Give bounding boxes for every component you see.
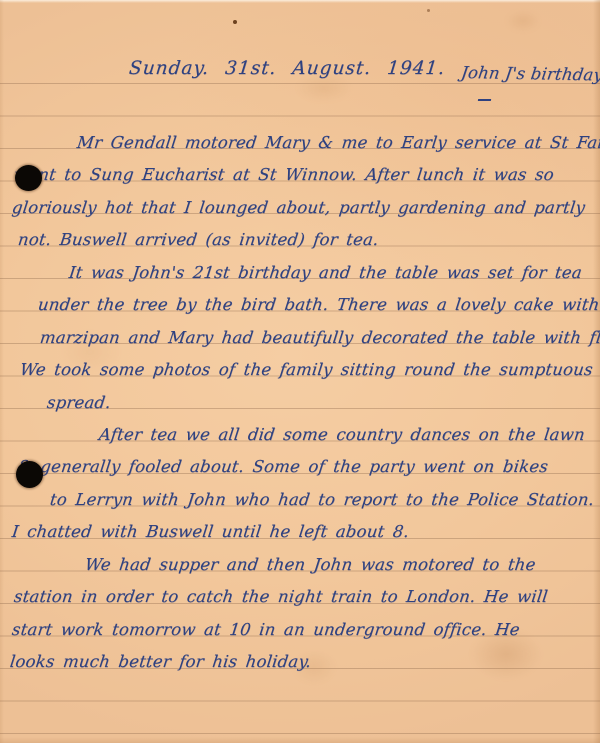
line-text: I chatted with Buswell until he left abo… — [10, 516, 411, 548]
line-text: under the tree by the bird bath. There w… — [36, 289, 600, 321]
handwritten-line: & generally fooled about. Some of the pa… — [0, 451, 600, 483]
line-text: not. Buswell arrived (as invited) for te… — [16, 224, 381, 256]
line-text: We took some photos of the family sittin… — [18, 354, 595, 386]
handwritten-line: under the tree by the bird bath. There w… — [0, 289, 600, 321]
paper-stain — [506, 10, 540, 32]
diary-page: Sunday. 31st. August. 1941. John J's bir… — [0, 0, 600, 743]
handwritten-line: We took some photos of the family sittin… — [0, 354, 600, 386]
line-text: It was John's 21st birthday and the tabl… — [67, 257, 584, 289]
line-text: went to Sung Eucharist at St Winnow. Aft… — [12, 159, 556, 191]
handwritten-line: station in order to catch the night trai… — [0, 581, 600, 613]
handwritten-line: spread. — [0, 387, 600, 419]
ink-speck — [427, 9, 430, 12]
handwritten-line: marzipan and Mary had beautifully decora… — [0, 322, 600, 354]
line-text: We had supper and then John was motored … — [83, 549, 538, 581]
handwritten-line: After tea we all did some country dances… — [0, 419, 600, 451]
line-text: station in order to catch the night trai… — [12, 581, 550, 613]
line-text: marzipan and Mary had beautifully decora… — [38, 322, 600, 354]
handwritten-line: to Lerryn with John who had to report to… — [0, 484, 600, 516]
handwritten-line: not. Buswell arrived (as invited) for te… — [0, 224, 600, 256]
line-text: gloriously hot that I lounged about, par… — [10, 192, 587, 224]
entry-date: Sunday. 31st. August. 1941. — [128, 58, 446, 79]
handwritten-line: It was John's 21st birthday and the tabl… — [0, 257, 600, 289]
diary-text: Mr Gendall motored Mary & me to Early se… — [0, 127, 600, 678]
underline-mark — [478, 99, 491, 101]
handwritten-line: I chatted with Buswell until he left abo… — [0, 516, 600, 548]
handwritten-line: Mr Gendall motored Mary & me to Early se… — [0, 127, 600, 159]
line-text: start work tomorrow at 10 in an undergro… — [10, 614, 522, 646]
ink-speck — [233, 20, 237, 24]
punch-hole-bottom — [16, 461, 43, 488]
handwritten-line: We had supper and then John was motored … — [0, 549, 600, 581]
line-text: After tea we all did some country dances… — [97, 419, 587, 451]
page-edge-top — [0, 0, 600, 3]
handwritten-line: start work tomorrow at 10 in an undergro… — [0, 614, 600, 646]
line-text: Mr Gendall motored Mary & me to Early se… — [75, 127, 600, 159]
punch-hole-top — [15, 165, 42, 191]
line-text: spread. — [45, 387, 113, 419]
line-text: to Lerryn with John who had to report to… — [48, 484, 596, 516]
entry-note: John J's birthday — [460, 63, 600, 84]
handwritten-line: looks much better for his holiday. — [0, 646, 600, 678]
handwritten-line: went to Sung Eucharist at St Winnow. Aft… — [0, 159, 600, 191]
handwritten-line: gloriously hot that I lounged about, par… — [0, 192, 600, 224]
line-text: looks much better for his holiday. — [8, 646, 313, 678]
line-text: & generally fooled about. Some of the pa… — [15, 451, 550, 483]
